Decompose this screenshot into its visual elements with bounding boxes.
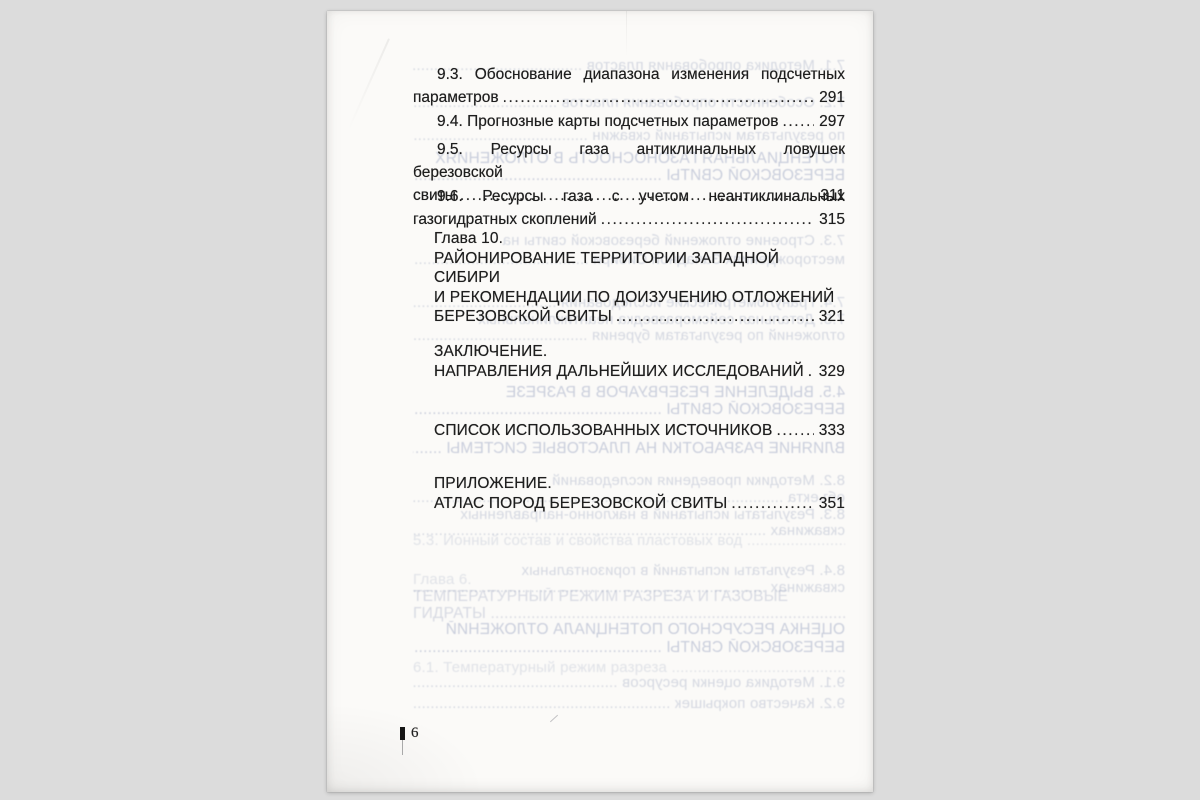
toc-entry-9-3: 9.3. Обоснование диапазона изменения под…: [413, 63, 845, 109]
chapter-title-line: БЕРЕЗОВСКОЙ СВИТЫ: [434, 307, 612, 327]
toc-content: 9.3. Обоснование диапазона изменения под…: [327, 11, 873, 792]
chapter-label: Глава 10.: [434, 229, 845, 249]
toc-entry-text: 9.6. Ресурсы газа с учетом неантиклиналь…: [413, 185, 845, 208]
toc-entry-text: параметров: [413, 86, 499, 109]
section-title-line: СПИСОК ИСПОЛЬЗОВАННЫХ ИСТОЧНИКОВ: [434, 421, 772, 441]
folio-page-number: 6: [411, 725, 419, 742]
registration-mark: [400, 727, 405, 740]
toc-page-number: 291: [814, 86, 845, 109]
toc-entry-text: 9.4. Прогнозные карты подсчетных парамет…: [413, 110, 778, 133]
scan-background: 7.1. Методика опробования пластов ......…: [0, 0, 1200, 800]
toc-entry-9-6: 9.6. Ресурсы газа с учетом неантиклиналь…: [413, 185, 845, 231]
toc-entry-chapter-10: Глава 10. РАЙОНИРОВАНИЕ ТЕРРИТОРИИ ЗАПАД…: [434, 229, 845, 327]
dotted-leader: [731, 494, 813, 514]
book-page-scan: 7.1. Методика опробования пластов ......…: [327, 11, 873, 792]
section-title-line: АТЛАС ПОРОД БЕРЕЗОВСКОЙ СВИТЫ: [434, 494, 727, 514]
toc-page-number: 329: [814, 362, 845, 382]
toc-page-number: 351: [814, 494, 845, 514]
toc-page-number: 297: [814, 110, 845, 133]
dotted-leader: [776, 421, 813, 441]
toc-page-number: 333: [814, 421, 845, 441]
toc-entry-text: 9.5. Ресурсы газа антиклинальных ловушек…: [413, 138, 845, 184]
toc-entry-9-4: 9.4. Прогнозные карты подсчетных парамет…: [413, 110, 845, 133]
section-label: ЗАКЛЮЧЕНИЕ.: [434, 342, 845, 362]
dotted-leader: [503, 86, 815, 109]
registration-mark-tail: [402, 740, 403, 755]
toc-entry-text: 9.3. Обоснование диапазона изменения под…: [413, 63, 845, 86]
toc-entry-text: газогидратных скоплений: [413, 208, 597, 231]
toc-entry-conclusion: ЗАКЛЮЧЕНИЕ. НАПРАВЛЕНИЯ ДАЛЬНЕЙШИХ ИССЛЕ…: [434, 342, 845, 381]
chapter-title-line: РАЙОНИРОВАНИЕ ТЕРРИТОРИИ ЗАПАДНОЙ СИБИРИ: [434, 249, 845, 288]
toc-entry-references: СПИСОК ИСПОЛЬЗОВАННЫХ ИСТОЧНИКОВ 333: [434, 421, 845, 441]
toc-entry-appendix: ПРИЛОЖЕНИЕ. АТЛАС ПОРОД БЕРЕЗОВСКОЙ СВИТ…: [434, 474, 845, 513]
dotted-leader: [616, 307, 814, 327]
toc-page-number: 315: [814, 208, 845, 231]
toc-page-number: 321: [814, 307, 845, 327]
section-label: ПРИЛОЖЕНИЕ.: [434, 474, 845, 494]
section-title-line: НАПРАВЛЕНИЯ ДАЛЬНЕЙШИХ ИССЛЕДОВАНИЙ: [434, 362, 804, 382]
dotted-leader: [601, 208, 814, 231]
dotted-leader: [782, 110, 814, 133]
chapter-title-line: И РЕКОМЕНДАЦИИ ПО ДОИЗУЧЕНИЮ ОТЛОЖЕНИЙ: [434, 288, 845, 308]
